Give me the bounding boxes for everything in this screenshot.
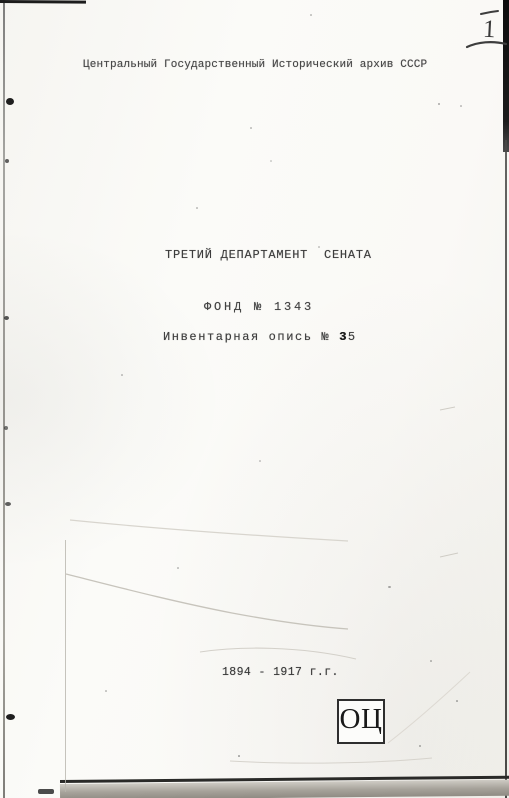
pencil-underline-swoosh	[467, 42, 506, 47]
creases-and-pencil-marks: 1	[0, 0, 509, 798]
paper-crease	[70, 520, 348, 541]
paper-crease	[66, 574, 348, 629]
paper-crease	[388, 672, 470, 743]
paper-crease	[440, 407, 455, 410]
paper-crease	[440, 553, 458, 557]
scanned-document-page: Центральный Государственный Исторический…	[0, 0, 509, 798]
pencil-dash-mark	[481, 11, 498, 14]
handwritten-page-number: 1	[482, 16, 496, 44]
paper-crease	[200, 648, 356, 659]
paper-crease	[230, 758, 432, 763]
